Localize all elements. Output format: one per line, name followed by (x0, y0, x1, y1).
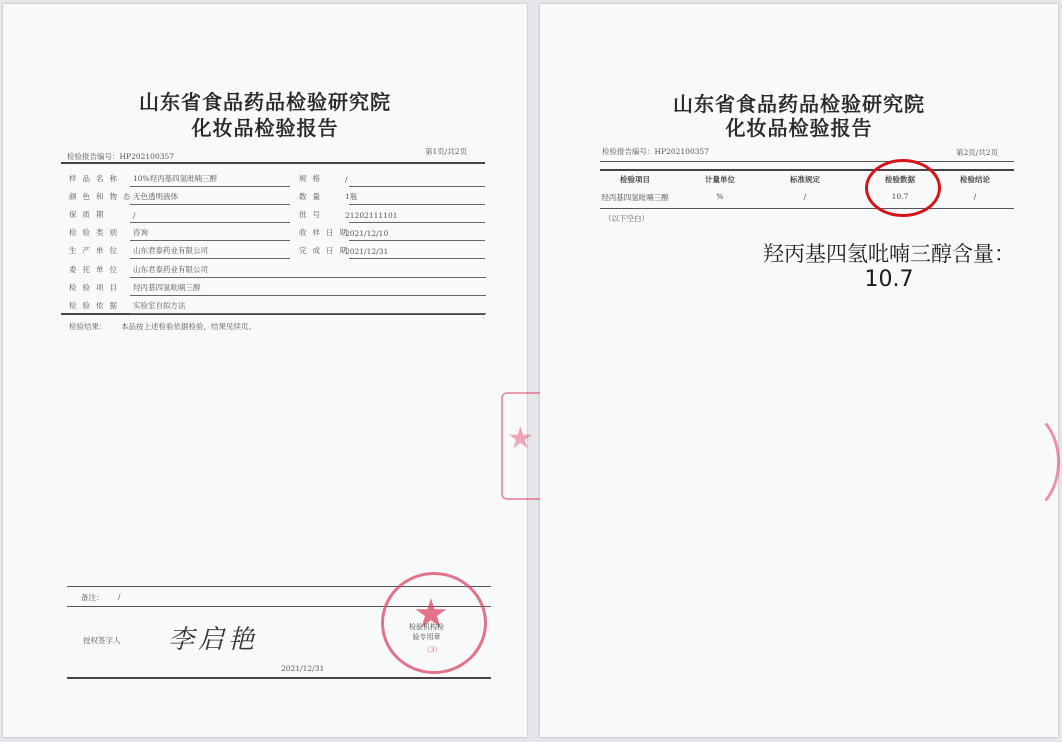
annotation-label: 羟丙基四氢吡喃三醇含量： (690, 238, 1062, 268)
field-row: 批号21202111101 (299, 209, 398, 220)
signature: 李启艳 (168, 619, 258, 656)
table-top-rule (600, 169, 1014, 171)
table-bottom-rule (600, 208, 1014, 209)
field-value: 1瓶 (345, 191, 357, 202)
field-underline (130, 222, 290, 223)
signer-label: 授权签字人 (83, 635, 121, 646)
field-underline (130, 277, 486, 278)
field-row: 颜色和物态无色透明液体 (69, 191, 178, 202)
sign-date: 2021/12/31 (281, 664, 324, 673)
field-label: 收样日期 (299, 227, 341, 238)
field-value: 2021/12/10 (345, 229, 388, 238)
field-underline (130, 258, 290, 259)
field-row: 生产单位山东君泰药业有限公司 (69, 245, 208, 256)
field-label: 批号 (299, 209, 341, 220)
field-label: 完成日期 (299, 245, 341, 256)
field-label: 检验类别 (69, 227, 129, 238)
field-row: 委托单位山东君泰药业有限公司 (69, 264, 208, 275)
conclusion-label: 检验结果： (69, 321, 107, 332)
conclusion-text: 本品按上述检验依据检验，结果见续页。 (121, 321, 256, 332)
remark-value: / (118, 592, 121, 601)
report-page-2: 山东省食品药品检验研究院 化妆品检验报告 检验报告编号：HP202100357 … (540, 4, 1058, 737)
field-label: 生产单位 (69, 245, 129, 256)
field-row: 检验类别咨询 (69, 227, 148, 238)
blank-note: （以下空白） (604, 213, 649, 224)
field-underline (349, 204, 485, 205)
table-cell: / (930, 192, 1020, 201)
field-row: 数量1瓶 (299, 191, 357, 202)
field-value: 羟丙基四氢吡喃三醇 (133, 282, 201, 293)
field-label: 规格 (299, 173, 341, 184)
field-underline (130, 240, 290, 241)
report-number: 检验报告编号：HP202100357 (602, 146, 709, 157)
field-label: 保质期 (69, 209, 129, 220)
field-value: 无色透明液体 (133, 191, 178, 202)
field-label: 委托单位 (69, 264, 129, 275)
report-title: 化妆品检验报告 (3, 112, 527, 141)
table-cell: 羟丙基四氢吡喃三醇 (590, 192, 680, 203)
field-row: 检验依据实验室自拟方法 (69, 300, 186, 311)
field-label: 颜色和物态 (69, 191, 129, 202)
table-header-cell: 检验项目 (595, 174, 675, 185)
page-indicator: 第2页/共2页 (956, 147, 998, 158)
highlight-circle (865, 159, 941, 217)
field-row: 样品名称10%羟丙基四氢吡喃三醇 (69, 173, 217, 184)
field-underline (130, 313, 486, 314)
field-underline (130, 186, 290, 187)
field-value: 咨询 (133, 227, 148, 238)
field-underline (349, 186, 485, 187)
field-value: 实验室自拟方法 (133, 300, 186, 311)
field-label: 样品名称 (69, 173, 129, 184)
field-row: 规格/ (299, 173, 348, 184)
field-value: 21202111101 (345, 211, 398, 220)
seam-star-icon: ★ (507, 424, 534, 454)
field-row: 收样日期2021/12/10 (299, 227, 388, 238)
annotation-value: 10.7 (690, 267, 1062, 292)
field-row: 完成日期2021/12/31 (299, 245, 388, 256)
report-title: 化妆品检验报告 (540, 112, 1058, 141)
field-value: / (133, 211, 136, 220)
field-label: 检验项目 (69, 282, 129, 293)
table-header-cell: 标准规定 (765, 174, 845, 185)
remark-label: 备注： (81, 592, 104, 603)
table-header-cell: 计量单位 (680, 174, 760, 185)
header-rule (61, 162, 485, 164)
field-underline (349, 222, 485, 223)
seal-number: （3） (423, 645, 441, 655)
field-row: 保质期/ (69, 209, 136, 220)
field-label: 数量 (299, 191, 341, 202)
table-cell: % (675, 192, 765, 201)
field-value: / (345, 175, 348, 184)
header-rule (600, 161, 1014, 162)
field-label: 检验依据 (69, 300, 129, 311)
field-underline (130, 295, 486, 296)
field-value: 2021/12/31 (345, 247, 388, 256)
table-cell: / (760, 192, 850, 201)
table-header-cell: 检验结论 (935, 174, 1015, 185)
field-value: 山东君泰药业有限公司 (133, 245, 208, 256)
table-header-cell: 检验数据 (860, 174, 940, 185)
field-underline (349, 240, 485, 241)
field-underline (349, 258, 485, 259)
page-indicator: 第1页/共2页 (425, 146, 467, 157)
seam-stamp-right-half (980, 409, 1060, 515)
field-value: 10%羟丙基四氢吡喃三醇 (133, 173, 217, 184)
report-page-1: 山东省食品药品检验研究院 化妆品检验报告 检验报告编号：HP202100357 … (3, 4, 527, 737)
footer-rule (67, 677, 491, 679)
field-value: 山东君泰药业有限公司 (133, 264, 208, 275)
institute-title: 山东省食品药品检验研究院 (3, 86, 527, 115)
seal-text: 检验机构检 验专用章 (409, 622, 444, 642)
field-underline (130, 204, 290, 205)
report-number: 检验报告编号：HP202100357 (67, 151, 174, 162)
field-row: 检验项目羟丙基四氢吡喃三醇 (69, 282, 201, 293)
